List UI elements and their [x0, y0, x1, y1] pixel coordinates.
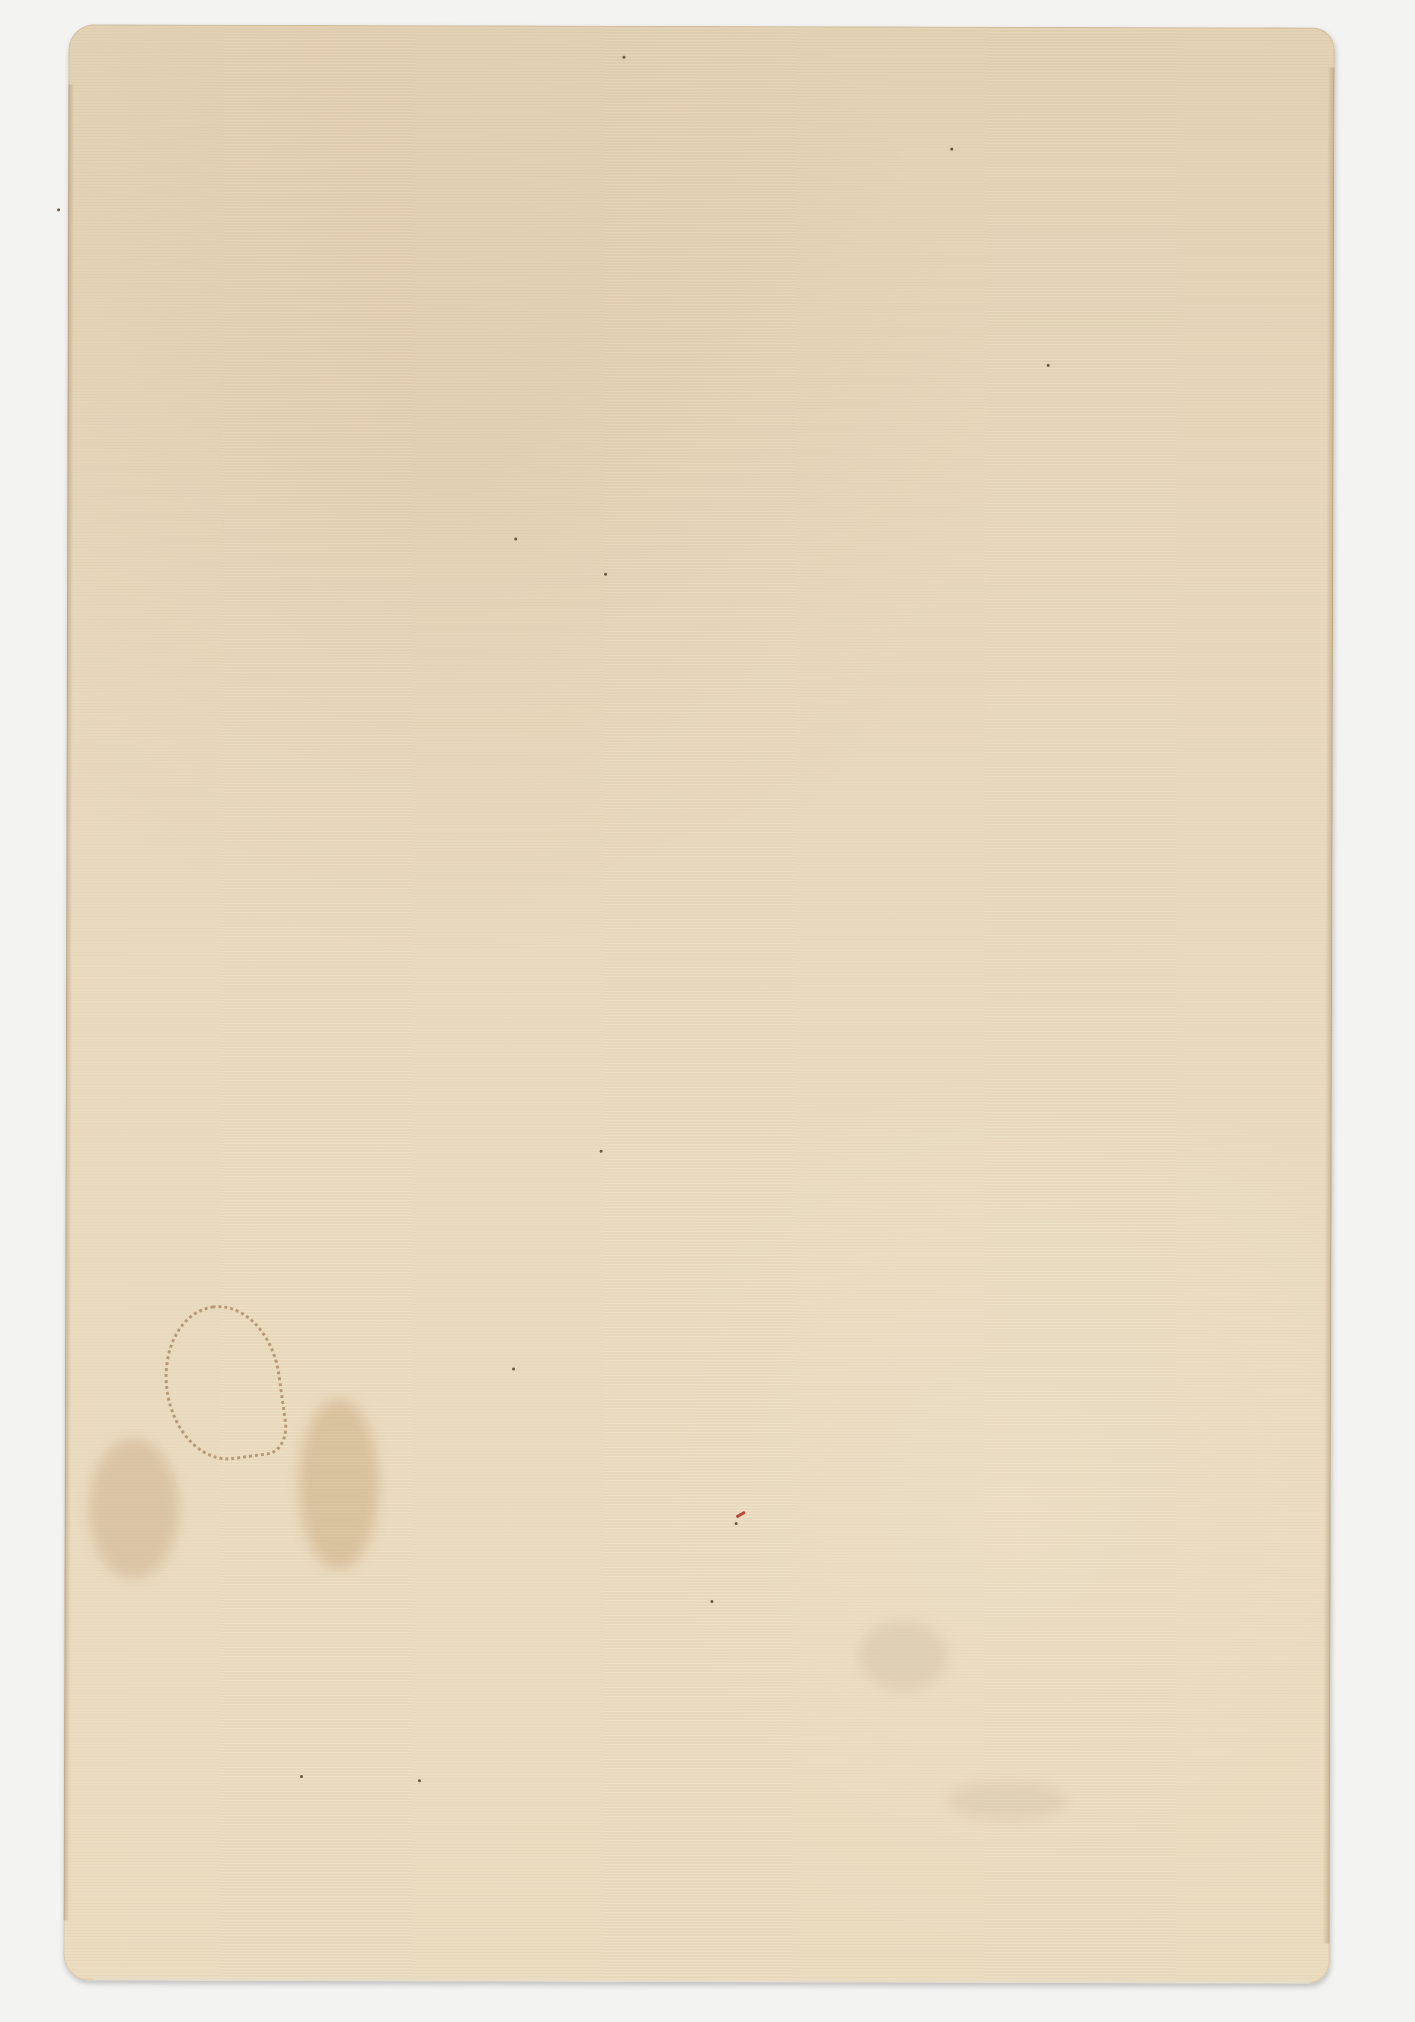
cabinet-card-back [63, 24, 1334, 1983]
foxing-arc-stain [155, 1298, 291, 1468]
stain-layer [69, 24, 1335, 27]
dust-speck [512, 1368, 515, 1371]
dust-speck [735, 1522, 738, 1525]
foxing-stain [299, 1399, 379, 1569]
dust-speck [600, 1150, 603, 1153]
dust-speck [710, 1600, 713, 1603]
right-edge-wear [1323, 68, 1335, 1944]
dust-speck [514, 538, 517, 541]
bottom-edge-wear [93, 1976, 1309, 1983]
dust-speck [57, 208, 60, 211]
foxing-stain [858, 1620, 948, 1690]
ink-mark [736, 1511, 746, 1519]
dust-speck [950, 148, 953, 151]
dust-speck [300, 1775, 303, 1778]
foxing-stain [88, 1438, 178, 1578]
dust-speck [1047, 364, 1050, 367]
foxing-stain [948, 1781, 1068, 1821]
dust-speck [622, 56, 625, 59]
dust-speck [604, 573, 607, 576]
left-edge-wear [64, 84, 75, 1920]
dust-speck [418, 1779, 421, 1782]
